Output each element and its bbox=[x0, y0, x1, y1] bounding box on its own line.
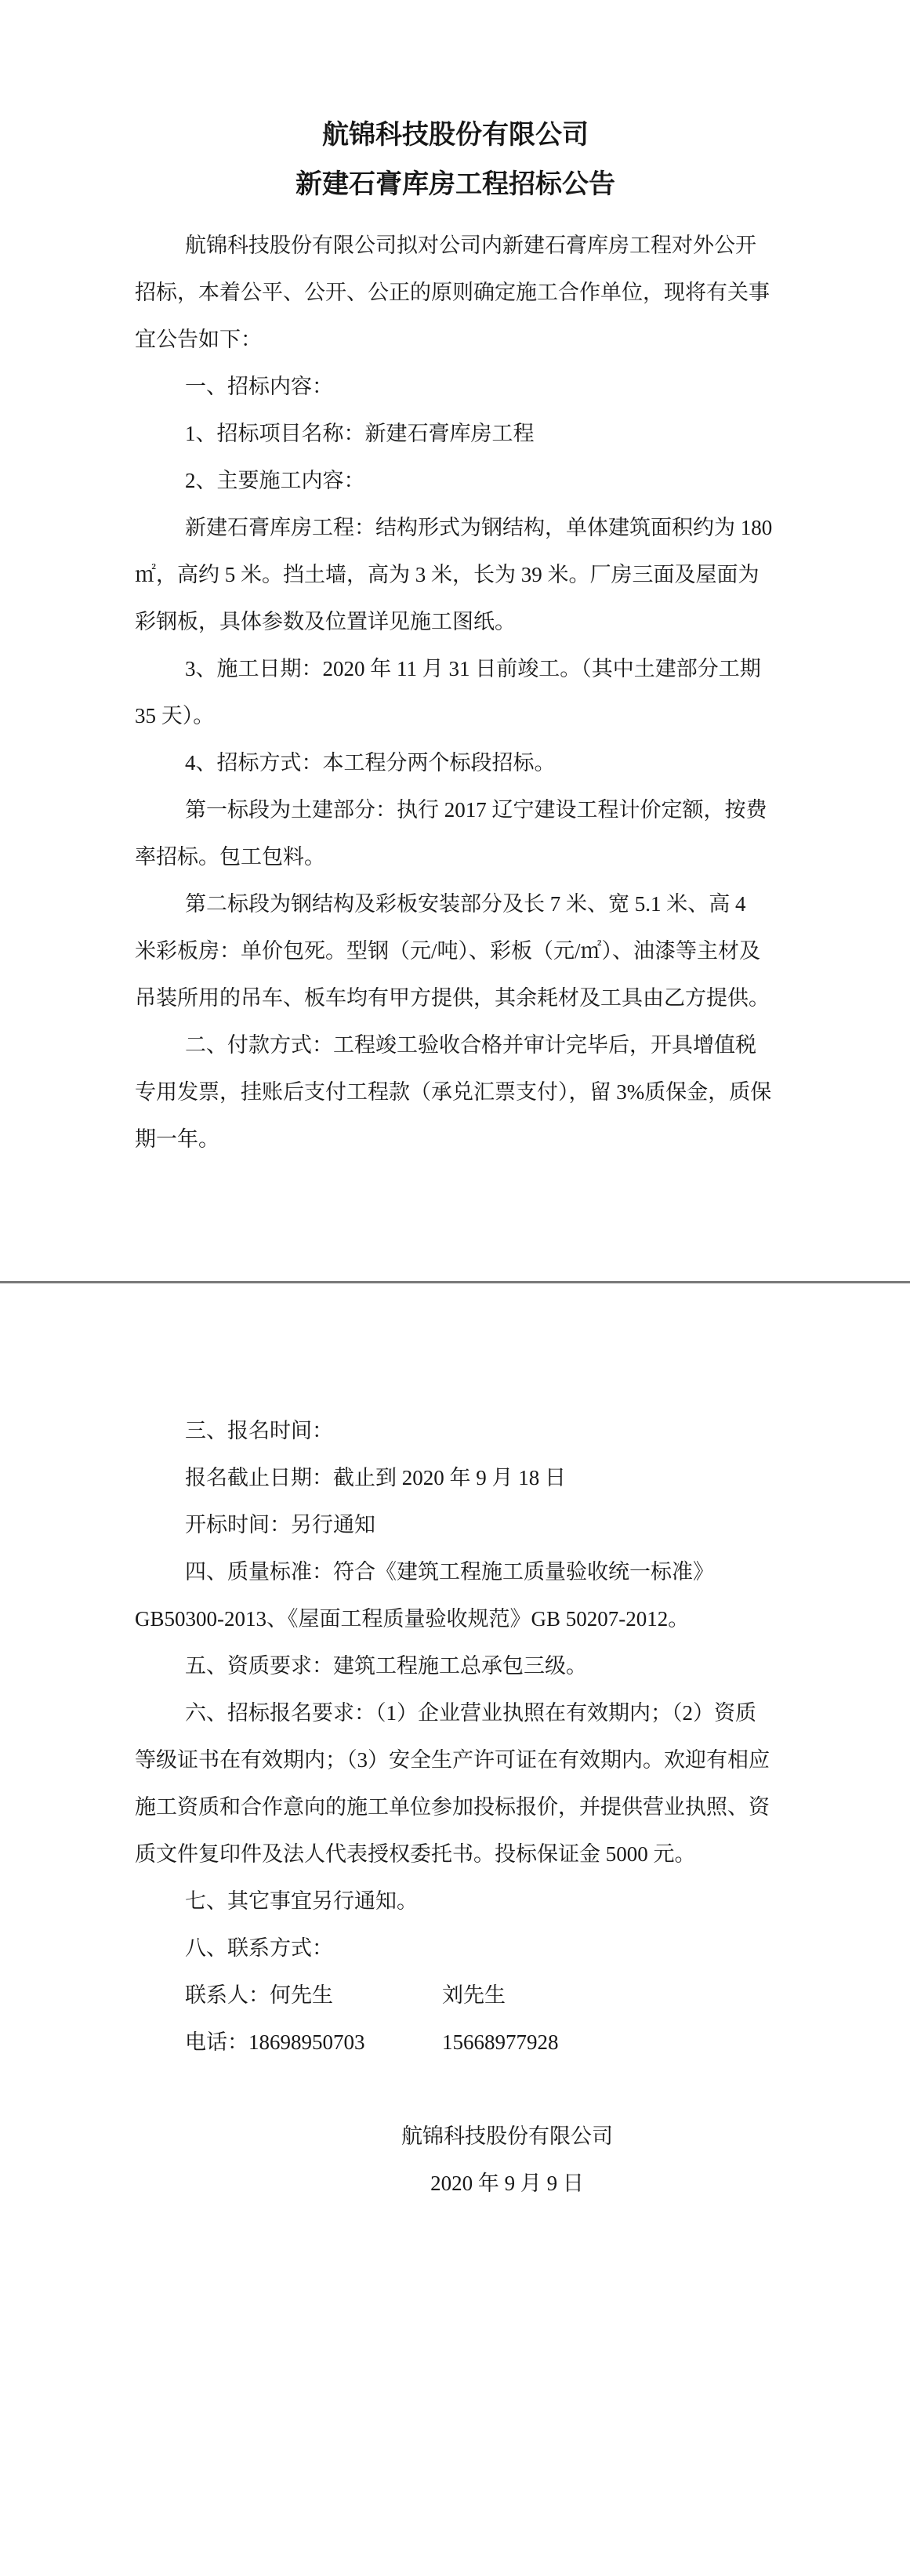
page-1-body: 航锦科技股份有限公司拟对公司内新建石膏库房工程对外公开招标，本着公平、公开、公正… bbox=[135, 222, 776, 1163]
text-line: 宜公告如下： bbox=[135, 316, 776, 363]
text-line: 彩钢板，具体参数及位置详见施工图纸。 bbox=[135, 598, 776, 645]
text-line: 35 天）。 bbox=[135, 692, 776, 739]
text-line: 新建石膏库房工程：结构形式为钢结构，单体建筑面积约为 180 bbox=[135, 504, 776, 551]
text-line: 吊装所用的吊车、板车均有甲方提供，其余耗材及工具由乙方提供。 bbox=[135, 974, 776, 1021]
signature-company: 航锦科技股份有限公司 bbox=[135, 2113, 776, 2160]
text-line: 质文件复印件及法人代表授权委托书。投标保证金 5000 元。 bbox=[135, 1830, 776, 1878]
text-col: 联系人：何先生 bbox=[185, 1972, 442, 2019]
text-line: 2、主要施工内容： bbox=[135, 457, 776, 504]
document-title-line-2: 新建石膏库房工程招标公告 bbox=[135, 160, 776, 209]
text-line: 率招标。包工包料。 bbox=[135, 833, 776, 880]
text-line: 米彩板房：单价包死。型钢（元/吨）、彩板（元/㎡）、油漆等主材及 bbox=[135, 927, 776, 974]
text-line: 三、报名时间： bbox=[135, 1407, 776, 1454]
text-line: 施工资质和合作意向的施工单位参加投标报价，并提供营业执照、资 bbox=[135, 1783, 776, 1830]
text-line: 期一年。 bbox=[135, 1116, 776, 1163]
text-line: 五、资质要求：建筑工程施工总承包三级。 bbox=[135, 1642, 776, 1689]
document-title-line-1: 航锦科技股份有限公司 bbox=[135, 111, 776, 160]
text-col: 电话：18698950703 bbox=[185, 2019, 442, 2066]
text-line: 开标时间：另行通知 bbox=[135, 1501, 776, 1548]
text-line: 四、质量标准：符合《建筑工程施工质量验收统一标准》 bbox=[135, 1548, 776, 1595]
signature-date: 2020 年 9 月 9 日 bbox=[135, 2160, 776, 2207]
text-line: 等级证书在有效期内；（3）安全生产许可证在有效期内。欢迎有相应 bbox=[135, 1736, 776, 1783]
text-line: 第一标段为土建部分：执行 2017 辽宁建设工程计价定额，按费 bbox=[135, 786, 776, 833]
page-1: 航锦科技股份有限公司 新建石膏库房工程招标公告 航锦科技股份有限公司拟对公司内新… bbox=[0, 0, 910, 1163]
text-line: 七、其它事宜另行通知。 bbox=[135, 1878, 776, 1925]
text-line: GB50300-2013、《屋面工程质量验收规范》GB 50207-2012。 bbox=[135, 1595, 776, 1642]
text-line: 3、施工日期：2020 年 11 月 31 日前竣工。（其中土建部分工期 bbox=[135, 645, 776, 692]
text-line: 八、联系方式： bbox=[135, 1925, 776, 1972]
text-line: 航锦科技股份有限公司拟对公司内新建石膏库房工程对外公开 bbox=[135, 222, 776, 269]
text-line: 第二标段为钢结构及彩板安装部分及长 7 米、宽 5.1 米、高 4 bbox=[135, 880, 776, 927]
text-line: 招标，本着公平、公开、公正的原则确定施工合作单位，现将有关事 bbox=[135, 269, 776, 316]
page-break-separator bbox=[0, 1281, 910, 1283]
text-line: 一、招标内容： bbox=[135, 363, 776, 410]
document-viewer: 航锦科技股份有限公司 新建石膏库房工程招标公告 航锦科技股份有限公司拟对公司内新… bbox=[0, 0, 910, 2576]
text-line: ㎡，高约 5 米。挡土墙，高为 3 米，长为 39 米。厂房三面及屋面为 bbox=[135, 551, 776, 598]
text-col: 刘先生 bbox=[442, 1972, 506, 2019]
text-line: 4、招标方式：本工程分两个标段招标。 bbox=[135, 739, 776, 786]
text-line bbox=[135, 2066, 776, 2113]
text-line: 报名截止日期：截止到 2020 年 9 月 18 日 bbox=[135, 1454, 776, 1501]
text-line: 1、招标项目名称：新建石膏库房工程 bbox=[135, 410, 776, 457]
contact-phones: 电话：1869895070315668977928 bbox=[135, 2019, 776, 2066]
text-line: 专用发票，挂账后支付工程款（承兑汇票支付），留 3%质保金，质保 bbox=[135, 1068, 776, 1116]
text-col: 15668977928 bbox=[442, 2019, 559, 2066]
page-2: 三、报名时间：报名截止日期：截止到 2020 年 9 月 18 日开标时间：另行… bbox=[0, 1407, 910, 2207]
page-2-body: 三、报名时间：报名截止日期：截止到 2020 年 9 月 18 日开标时间：另行… bbox=[135, 1407, 776, 2207]
contact-persons: 联系人：何先生刘先生 bbox=[135, 1972, 776, 2019]
text-line: 六、招标报名要求：（1）企业营业执照在有效期内；（2）资质 bbox=[135, 1689, 776, 1736]
text-line: 二、付款方式：工程竣工验收合格并审计完毕后，开具增值税 bbox=[135, 1021, 776, 1068]
